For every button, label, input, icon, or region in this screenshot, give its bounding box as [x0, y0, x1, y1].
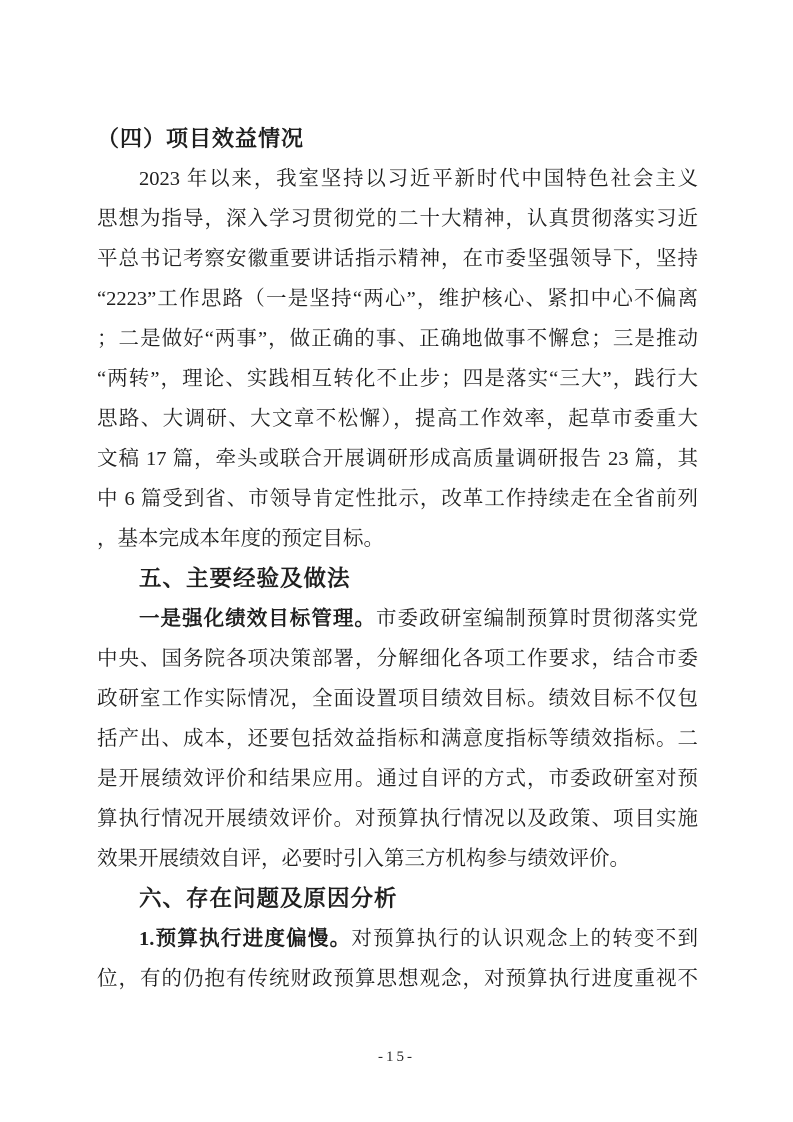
text-line: 2023 年以来，我室坚持以习近平新时代中国特色社会主义 [97, 159, 698, 199]
text-run: ，基本完成本年度的预定目标。 [97, 528, 384, 550]
text-line: 文稿 17 篇，牵头或联合开展调研形成高质量调研报告 23 篇，其 [97, 439, 698, 479]
bold-text-run: 1.预算执行进度偏慢。 [139, 928, 351, 950]
text-line: “两转”，理论、实践相互转化不止步；四是落实“三大”，践行大 [97, 359, 698, 399]
text-line: 平总书记考察安徽重要讲话指示精神，在市委坚强领导下，坚持 [97, 239, 698, 279]
section-heading-project-benefit: （四）项目效益情况 [97, 119, 698, 159]
text-run: 算执行情况开展绩效评价。对预算执行情况以及政策、项目实施 [97, 808, 698, 830]
text-line: “2223”工作思路（一是坚持“两心”，维护核心、紧扣中心不偏离 [97, 279, 698, 319]
text-run: 对预算执行的认识观念上的转变不到 [351, 928, 698, 950]
section-heading-experience: 五、主要经验及做法 [97, 559, 698, 599]
text-line: 政研室工作实际情况，全面设置项目绩效目标。绩效目标不仅包 [97, 679, 698, 719]
text-run: 是开展绩效评价和结果应用。通过自评的方式，市委政研室对预 [97, 768, 698, 790]
text-run: 思想为指导，深入学习贯彻党的二十大精神，认真贯彻落实习近 [97, 208, 698, 230]
text-line: 中央、国务院各项决策部署，分解细化各项工作要求，结合市委 [97, 639, 698, 679]
section-heading-problems: 六、存在问题及原因分析 [97, 879, 698, 919]
text-run: 位，有的仍抱有传统财政预算思想观念，对预算执行进度重视不 [97, 968, 698, 990]
document-page: （四）项目效益情况 2023 年以来，我室坚持以习近平新时代中国特色社会主义思想… [0, 0, 793, 1122]
text-run: 政研室工作实际情况，全面设置项目绩效目标。绩效目标不仅包 [97, 688, 698, 710]
text-line: 效果开展绩效自评，必要时引入第三方机构参与绩效评价。 [97, 839, 698, 879]
text-line: ；二是做好“两事”，做正确的事、正确地做事不懈怠；三是推动 [97, 319, 698, 359]
text-run: 思路、大调研、大文章不松懈），提高工作效率，起草市委重大 [97, 408, 698, 430]
text-run: 效果开展绩效自评，必要时引入第三方机构参与绩效评价。 [97, 848, 630, 870]
paragraph-experience-practices: 一是强化绩效目标管理。市委政研室编制预算时贯彻落实党中央、国务院各项决策部署，分… [97, 599, 698, 879]
text-line: 中 6 篇受到省、市领导肯定性批示，改革工作持续走在全省前列 [97, 479, 698, 519]
text-line: 1.预算执行进度偏慢。对预算执行的认识观念上的转变不到 [97, 919, 698, 959]
text-run: 市委政研室编制预算时贯彻落实党 [376, 608, 698, 630]
text-line: ，基本完成本年度的预定目标。 [97, 519, 698, 559]
text-line: 算执行情况开展绩效评价。对预算执行情况以及政策、项目实施 [97, 799, 698, 839]
text-run: 中 6 篇受到省、市领导肯定性批示，改革工作持续走在全省前列 [97, 488, 698, 510]
paragraph-problems-analysis: 1.预算执行进度偏慢。对预算执行的认识观念上的转变不到位，有的仍抱有传统财政预算… [97, 919, 698, 999]
bold-text-run: 一是强化绩效目标管理。 [139, 608, 376, 630]
text-run: 括产出、成本，还要包括效益指标和满意度指标等绩效指标。二 [97, 728, 698, 750]
text-run: 平总书记考察安徽重要讲话指示精神，在市委坚强领导下，坚持 [97, 248, 698, 270]
text-run: “2223”工作思路（一是坚持“两心”，维护核心、紧扣中心不偏离 [97, 288, 698, 310]
text-line: 思想为指导，深入学习贯彻党的二十大精神，认真贯彻落实习近 [97, 199, 698, 239]
text-line: 思路、大调研、大文章不松懈），提高工作效率，起草市委重大 [97, 399, 698, 439]
text-line: 括产出、成本，还要包括效益指标和满意度指标等绩效指标。二 [97, 719, 698, 759]
page-number: -15- [0, 1046, 793, 1068]
text-line: 是开展绩效评价和结果应用。通过自评的方式，市委政研室对预 [97, 759, 698, 799]
text-run: ；二是做好“两事”，做正确的事、正确地做事不懈怠；三是推动 [97, 328, 698, 350]
text-run: 2023 年以来，我室坚持以习近平新时代中国特色社会主义 [139, 168, 698, 190]
text-run: 中央、国务院各项决策部署，分解细化各项工作要求，结合市委 [97, 648, 698, 670]
text-run: 文稿 17 篇，牵头或联合开展调研形成高质量调研报告 23 篇，其 [97, 448, 698, 470]
text-line: 一是强化绩效目标管理。市委政研室编制预算时贯彻落实党 [97, 599, 698, 639]
document-content: （四）项目效益情况 2023 年以来，我室坚持以习近平新时代中国特色社会主义思想… [97, 119, 698, 999]
text-line: 位，有的仍抱有传统财政预算思想观念，对预算执行进度重视不 [97, 959, 698, 999]
text-run: “两转”，理论、实践相互转化不止步；四是落实“三大”，践行大 [97, 368, 698, 390]
paragraph-project-benefit: 2023 年以来，我室坚持以习近平新时代中国特色社会主义思想为指导，深入学习贯彻… [97, 159, 698, 559]
